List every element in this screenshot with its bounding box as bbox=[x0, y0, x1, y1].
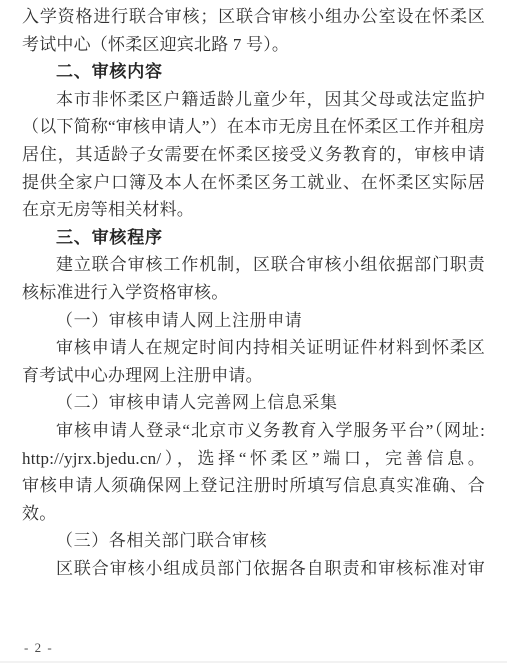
document-page: 入学资格进行联合审核；区联合审核小组办公室设在怀柔区教育考试中心（怀柔区迎宾北路… bbox=[0, 0, 507, 663]
page-number: - 2 - bbox=[24, 640, 53, 656]
section-heading: 二、审核内容 bbox=[22, 58, 485, 86]
sub-heading: （一）审核申请人网上注册申请 bbox=[22, 307, 485, 335]
document-line: 育考试中心办理网上注册申请。 bbox=[22, 362, 485, 390]
document-line: 审核申请人登录“北京市义务教育入学服务平台”（网址: bbox=[22, 417, 485, 445]
document-line: 在京无房等相关材料。 bbox=[22, 196, 485, 224]
document-line: 提供全家户口簿及本人在怀柔区务工就业、在怀柔区实际居住、 bbox=[22, 169, 485, 197]
document-line: http://yjrx.bjedu.cn/），选择“怀柔区”端口，完善信息。 bbox=[22, 445, 485, 473]
document-line: 建立联合审核工作机制，区联合审核小组依据部门职责和审 bbox=[22, 251, 485, 279]
document-line: 核标准进行入学资格审核。 bbox=[22, 279, 485, 307]
document-line: 审核申请人在规定时间内持相关证明证件材料到怀柔区教 bbox=[22, 334, 485, 362]
sub-heading: （三）各相关部门联合审核 bbox=[22, 527, 485, 555]
document-line: 考试中心（怀柔区迎宾北路 7 号）。 bbox=[22, 31, 485, 59]
document-line: 区联合审核小组成员部门依据各自职责和审核标准对审核 bbox=[22, 555, 485, 583]
document-line: 审核申请人须确保网上登记注册时所填写信息真实准确、合法有 bbox=[22, 472, 485, 500]
sub-heading: （二）审核申请人完善网上信息采集 bbox=[22, 389, 485, 417]
document-line: 居住，其适龄子女需要在怀柔区接受义务教育的，审核申请人须 bbox=[22, 141, 485, 169]
document-line: （以下简称“审核申请人”）在本市无房且在怀柔区工作并租房 bbox=[22, 113, 485, 141]
section-heading: 三、审核程序 bbox=[22, 224, 485, 252]
document-line: 本市非怀柔区户籍适龄儿童少年，因其父母或法定监护人 bbox=[22, 86, 485, 114]
document-content: 入学资格进行联合审核；区联合审核小组办公室设在怀柔区教育考试中心（怀柔区迎宾北路… bbox=[22, 3, 485, 582]
document-line: 入学资格进行联合审核；区联合审核小组办公室设在怀柔区教育 bbox=[22, 3, 485, 31]
document-line: 效。 bbox=[22, 500, 485, 528]
